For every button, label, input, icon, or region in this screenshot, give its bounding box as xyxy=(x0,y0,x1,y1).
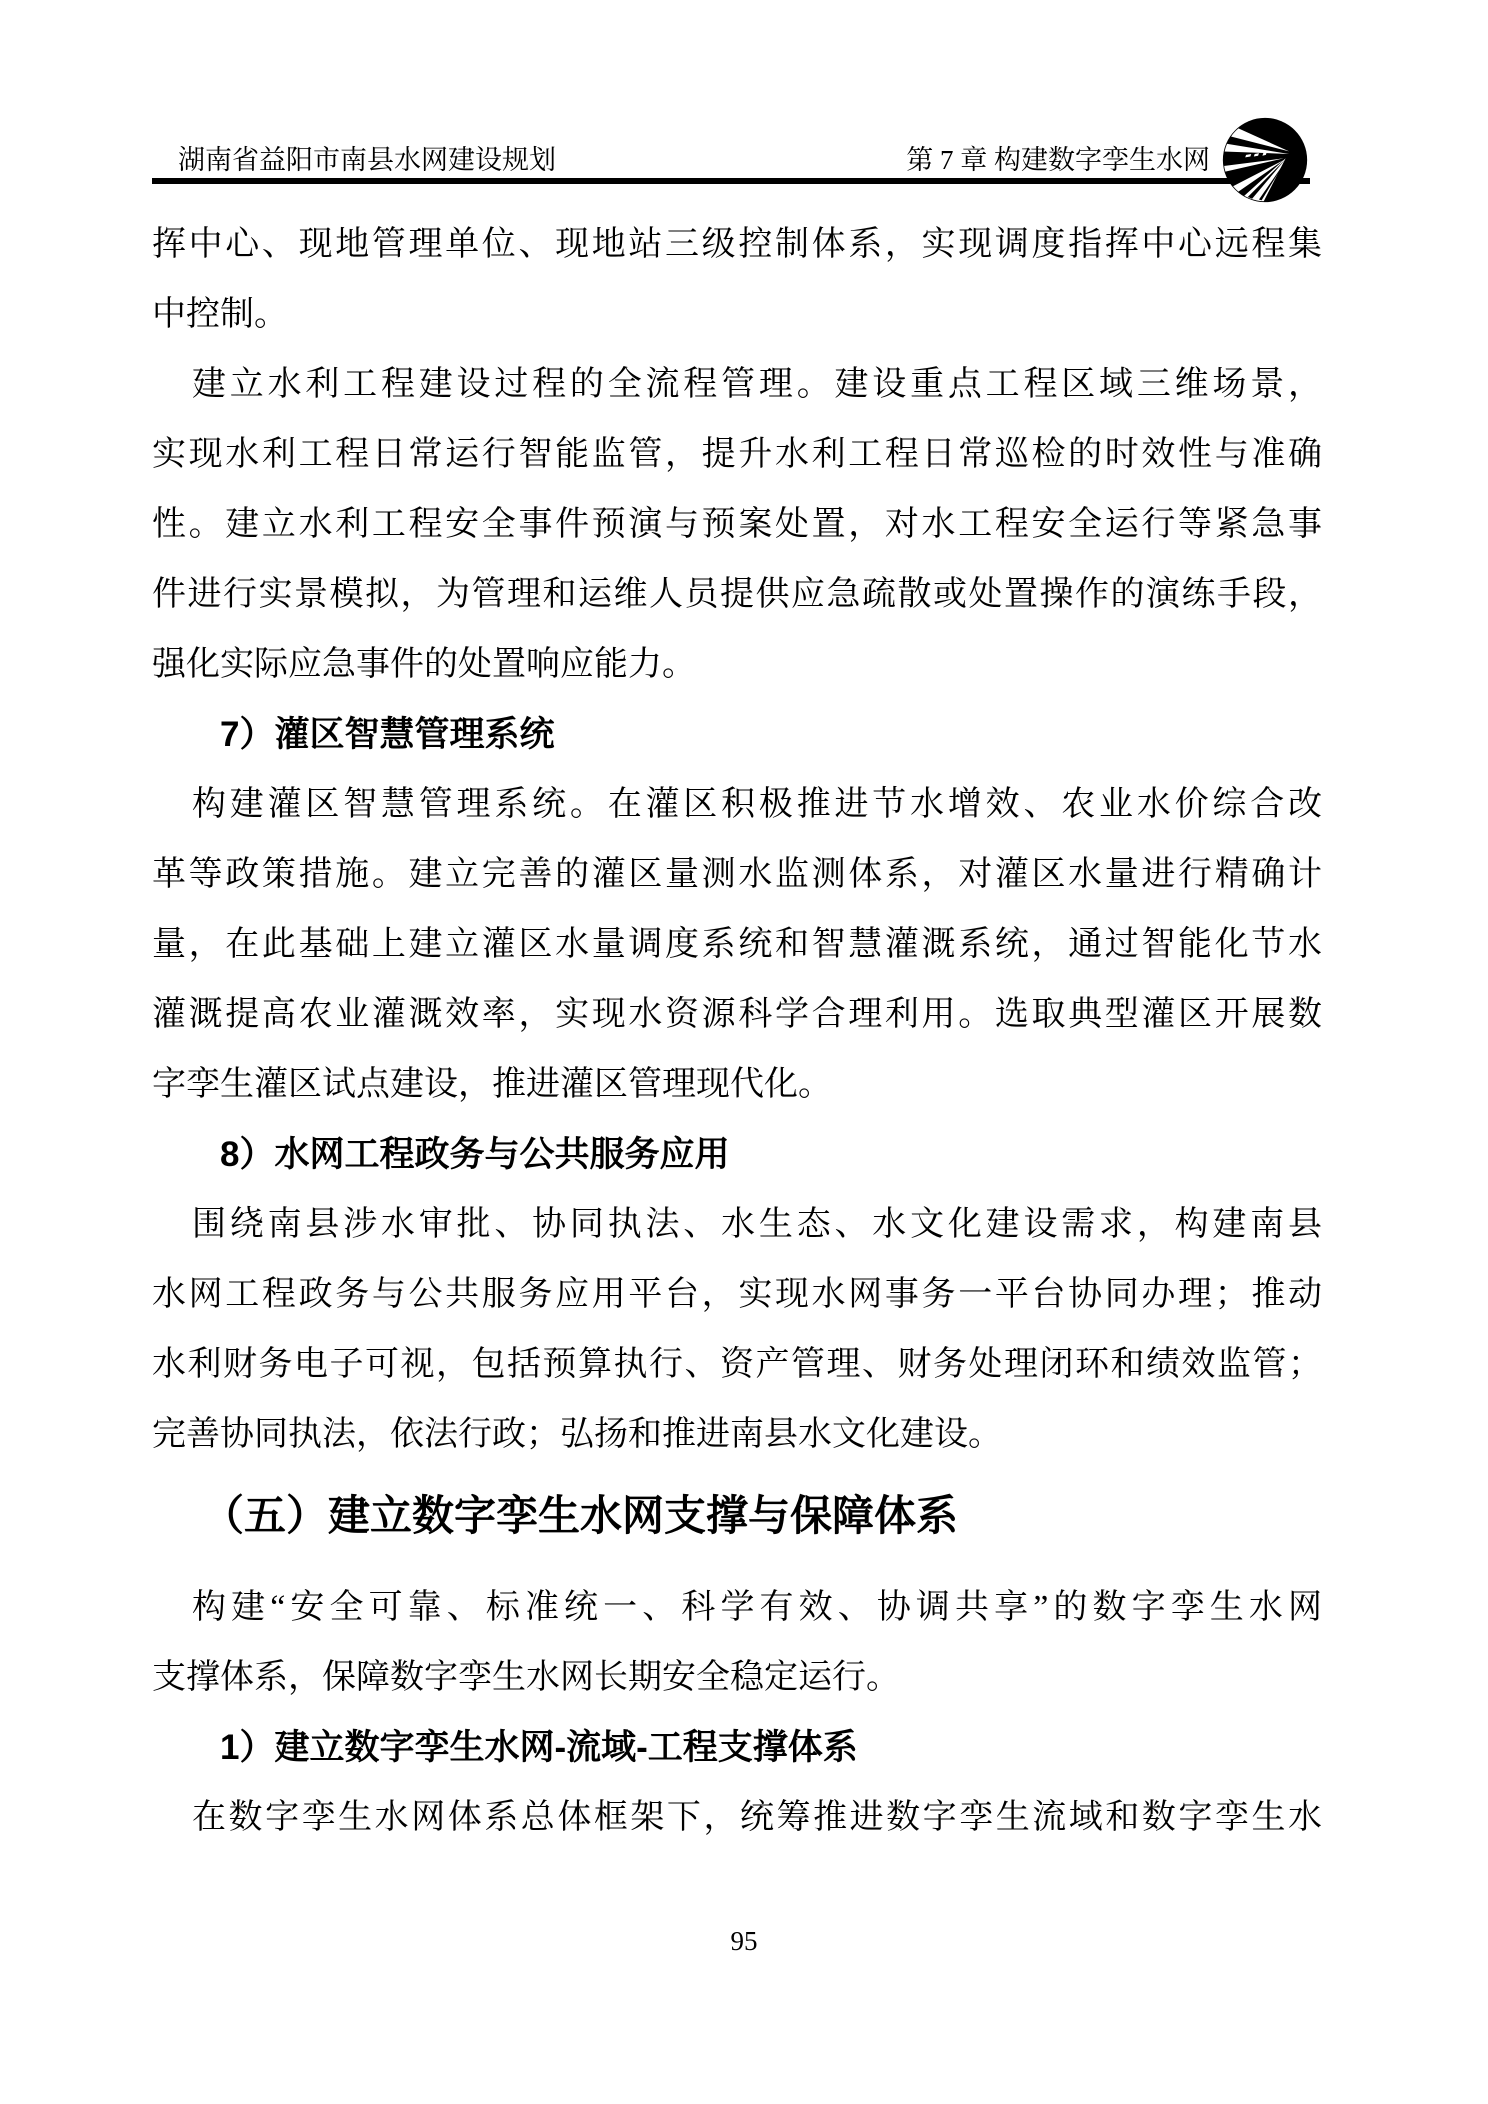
body-text-line: 革等政策措施。建立完善的灌区量测水监测体系，对灌区水量进行精确计 xyxy=(152,840,1322,910)
body-text-line: 件进行实景模拟，为管理和运维人员提供应急疏散或处置操作的演练手段， xyxy=(152,560,1322,630)
body-text-line: 灌溉提高农业灌溉效率，实现水资源科学合理利用。选取典型灌区开展数 xyxy=(152,980,1322,1050)
section-heading: （五）建立数字孪生水网支撑与保障体系 xyxy=(152,1481,1322,1551)
body-text-line: 性。建立水利工程安全事件预演与预案处置，对水工程安全运行等紧急事 xyxy=(152,490,1322,560)
paragraph: 构建“安全可靠、标准统一、科学有效、协调共享”的数字孪生水网支撑体系，保障数字孪… xyxy=(152,1573,1322,1713)
document-body: 挥中心、现地管理单位、现地站三级控制体系，实现调度指挥中心远程集中控制。建立水利… xyxy=(152,210,1322,1853)
chapter-label: 第 7 章 构建数字孪生水网 xyxy=(906,143,1210,177)
subsection-heading: 8）水网工程政务与公共服务应用 xyxy=(152,1120,1322,1190)
body-text-line: 实现水利工程日常运行智能监管，提升水利工程日常巡检的时效性与准确 xyxy=(152,420,1322,490)
paragraph: 建立水利工程建设过程的全流程管理。建设重点工程区域三维场景，实现水利工程日常运行… xyxy=(152,350,1322,700)
body-text-line: 量，在此基础上建立灌区水量调度系统和智慧灌溉系统，通过智能化节水 xyxy=(152,910,1322,980)
paragraph: 围绕南县涉水审批、协同执法、水生态、水文化建设需求，构建南县水网工程政务与公共服… xyxy=(152,1190,1322,1470)
body-text-line: 构建“安全可靠、标准统一、科学有效、协调共享”的数字孪生水网 xyxy=(152,1573,1322,1643)
circular-road-logo-icon xyxy=(1222,117,1308,203)
body-text-line: 强化实际应急事件的处置响应能力。 xyxy=(152,630,1322,700)
page: { "page": { "header": { "doc_title": "湖南… xyxy=(0,0,1488,2104)
body-text-line: 中控制。 xyxy=(152,280,1322,350)
body-text-line: 构建灌区智慧管理系统。在灌区积极推进节水增效、农业水价综合改 xyxy=(152,770,1322,840)
page-number: 95 xyxy=(0,1921,1488,1961)
paragraph: 挥中心、现地管理单位、现地站三级控制体系，实现调度指挥中心远程集中控制。 xyxy=(152,210,1322,350)
body-text-line: 字孪生灌区试点建设，推进灌区管理现代化。 xyxy=(152,1050,1322,1120)
paragraph: 在数字孪生水网体系总体框架下，统筹推进数字孪生流域和数字孪生水 xyxy=(152,1783,1322,1853)
paragraph: 构建灌区智慧管理系统。在灌区积极推进节水增效、农业水价综合改革等政策措施。建立完… xyxy=(152,770,1322,1120)
body-text-line: 建立水利工程建设过程的全流程管理。建设重点工程区域三维场景， xyxy=(152,350,1322,420)
body-text-line: 水网工程政务与公共服务应用平台，实现水网事务一平台协同办理；推动 xyxy=(152,1260,1322,1330)
body-text-line: 围绕南县涉水审批、协同执法、水生态、水文化建设需求，构建南县 xyxy=(152,1190,1322,1260)
header-rule xyxy=(152,178,1310,184)
subsection-heading: 7）灌区智慧管理系统 xyxy=(152,700,1322,770)
body-text-line: 支撑体系，保障数字孪生水网长期安全稳定运行。 xyxy=(152,1643,1322,1713)
doc-title: 湖南省益阳市南县水网建设规划 xyxy=(178,143,556,177)
subsection-heading: 1）建立数字孪生水网-流域-工程支撑体系 xyxy=(152,1713,1322,1783)
body-text-line: 完善协同执法，依法行政；弘扬和推进南县水文化建设。 xyxy=(152,1400,1322,1470)
body-text-line: 在数字孪生水网体系总体框架下，统筹推进数字孪生流域和数字孪生水 xyxy=(152,1783,1322,1853)
body-text-line: 挥中心、现地管理单位、现地站三级控制体系，实现调度指挥中心远程集 xyxy=(152,210,1322,280)
body-text-line: 水利财务电子可视，包括预算执行、资产管理、财务处理闭环和绩效监管； xyxy=(152,1330,1322,1400)
